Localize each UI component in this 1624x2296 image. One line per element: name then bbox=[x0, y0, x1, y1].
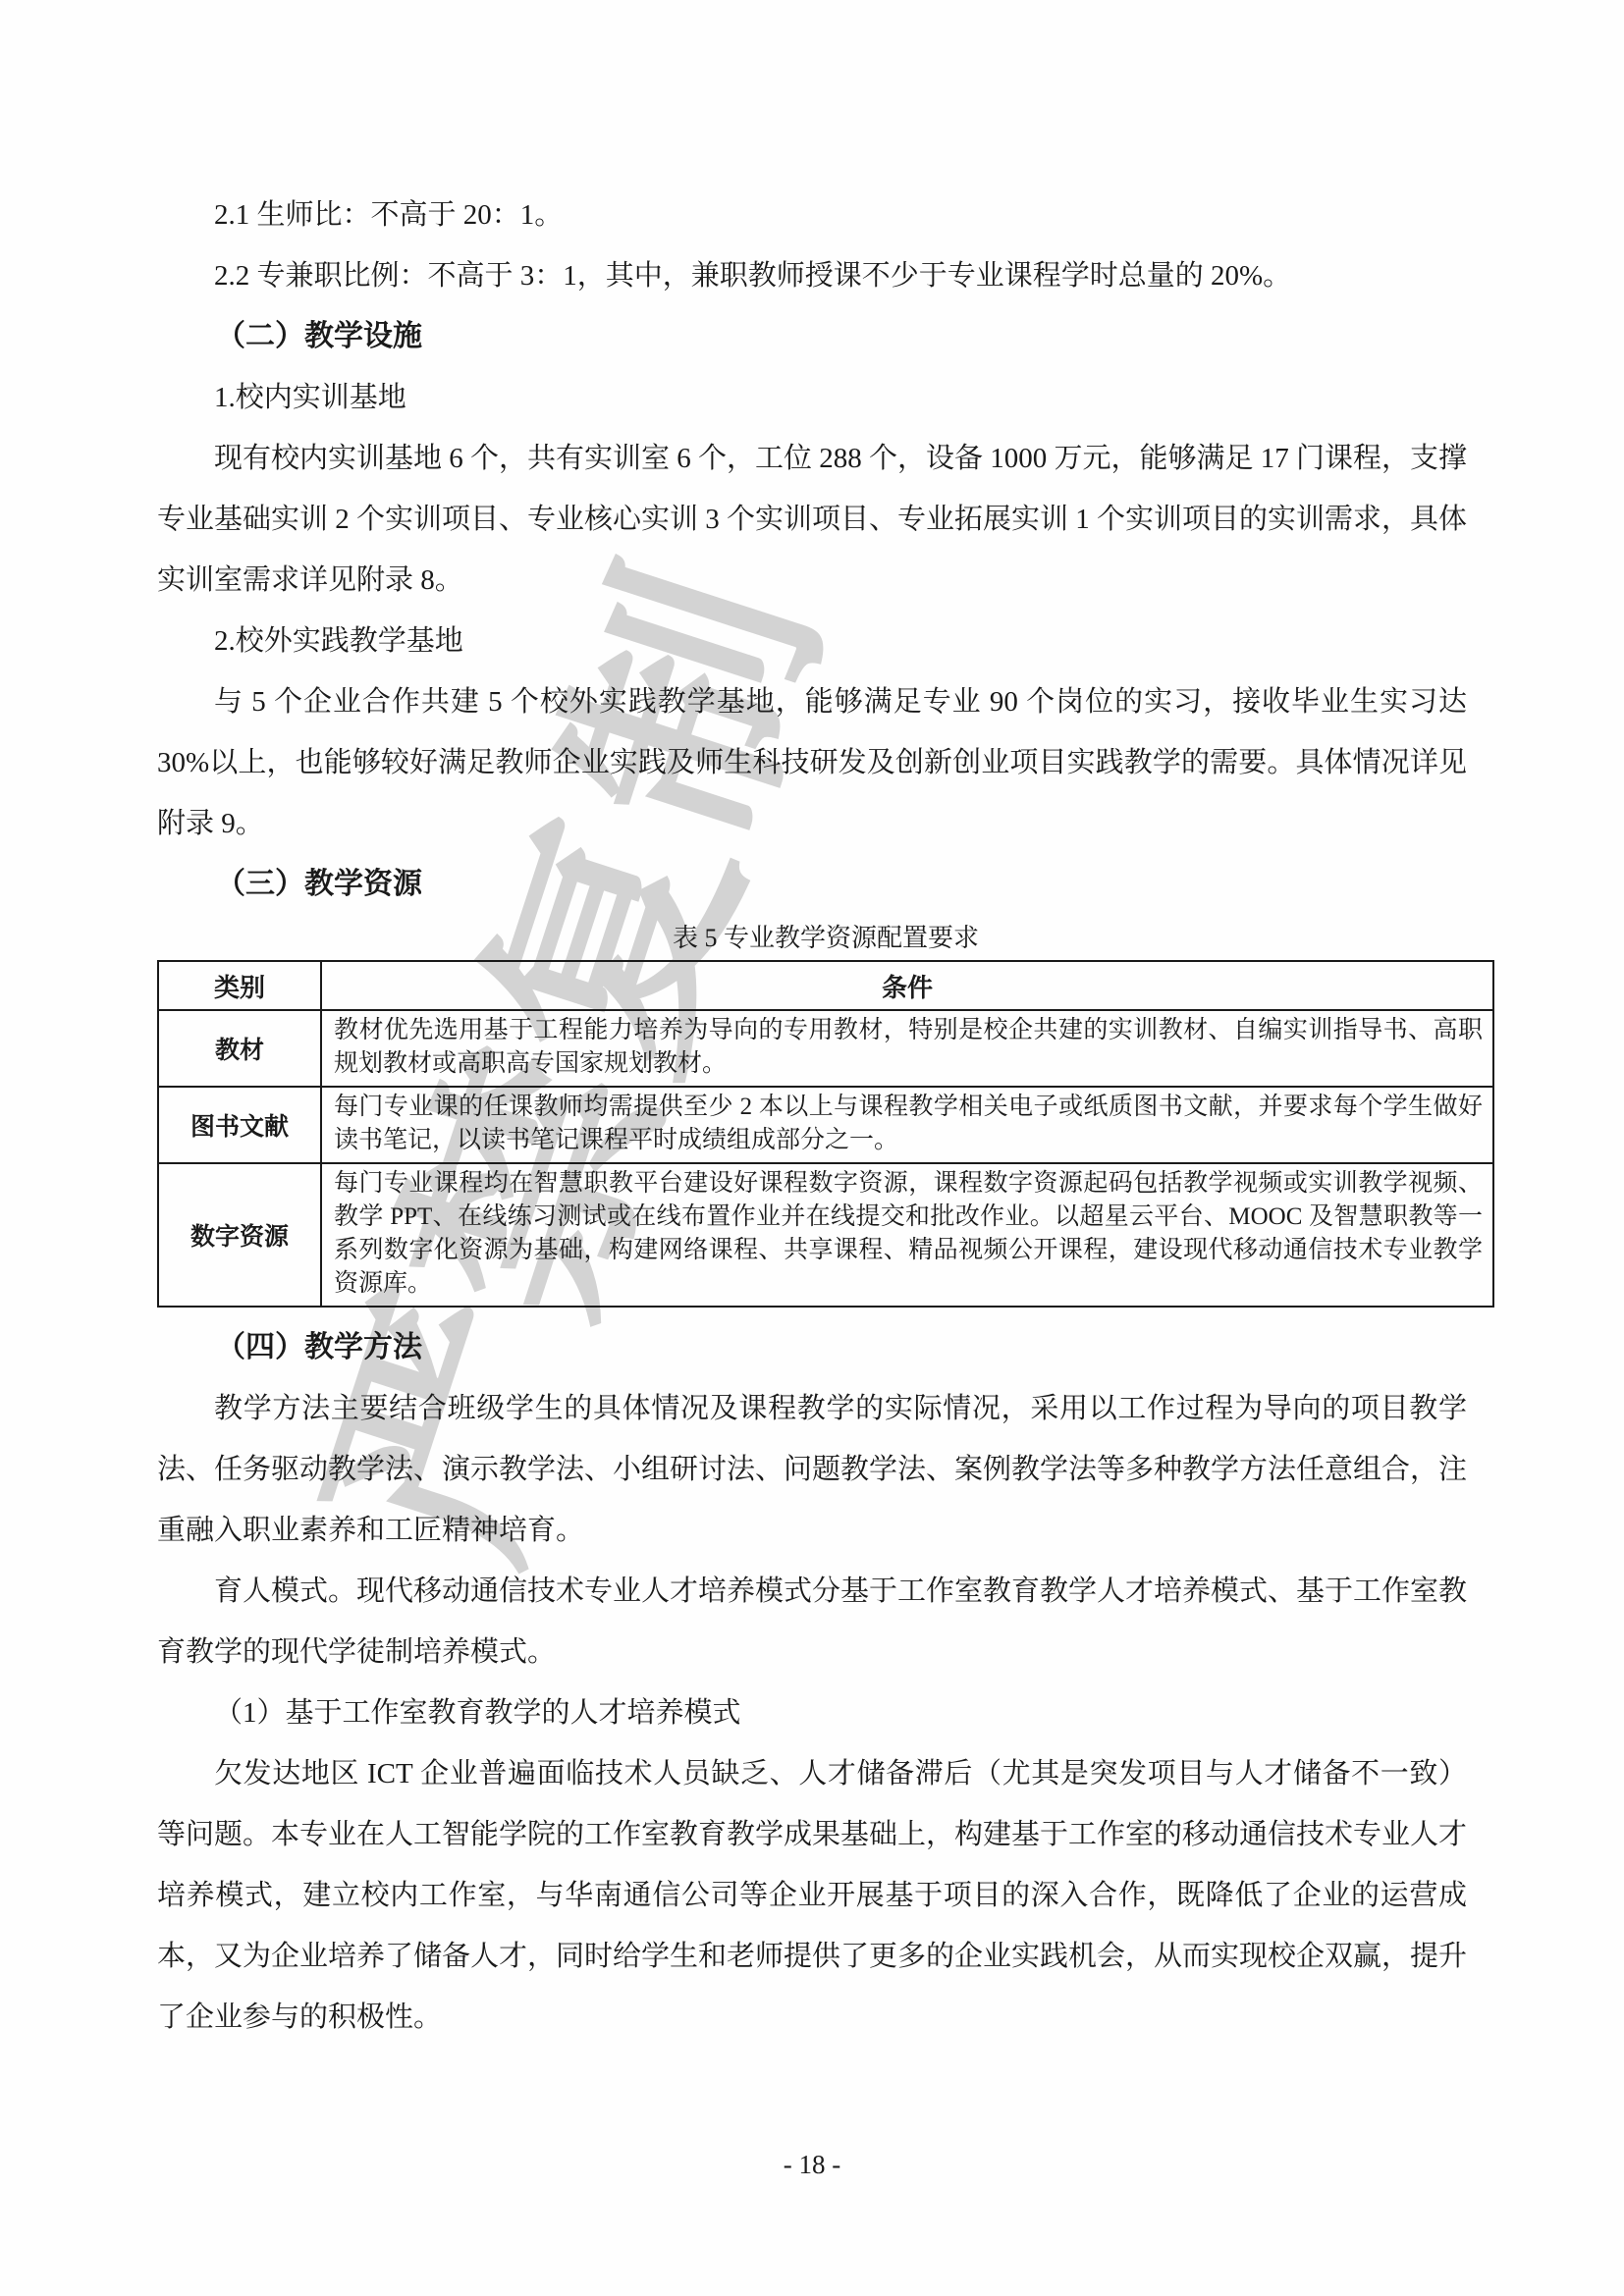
row-category-digital-resources: 数字资源 bbox=[158, 1163, 321, 1307]
row-category-textbook: 教材 bbox=[158, 1010, 321, 1087]
section-heading-teaching-methods: （四）教学方法 bbox=[157, 1317, 1467, 1378]
paragraph-offcampus-practice-detail: 与 5 个企业合作共建 5 个校外实践教学基地，能够满足专业 90 个岗位的实习… bbox=[157, 671, 1467, 854]
subheading-studio-based-model: （1）基于工作室教育教学的人才培养模式 bbox=[157, 1682, 1467, 1743]
paragraph-studio-model-detail: 欠发达地区 ICT 企业普遍面临技术人员缺乏、人才储备滞后（尤其是突发项目与人才… bbox=[157, 1743, 1467, 2048]
row-condition-textbook: 教材优先选用基于工程能力培养为导向的专用教材，特别是校企共建的实训教材、自编实训… bbox=[321, 1010, 1493, 1087]
paragraph-student-teacher-ratio: 2.1 生师比：不高于 20：1。 bbox=[157, 185, 1467, 245]
page-content: 2.1 生师比：不高于 20：1。 2.2 专兼职比例：不高于 3：1，其中，兼… bbox=[157, 185, 1467, 2048]
paragraph-campus-training-detail: 现有校内实训基地 6 个，共有实训室 6 个，工位 288 个，设备 1000 … bbox=[157, 428, 1467, 611]
section-heading-teaching-resources: （三）教学资源 bbox=[157, 854, 1467, 915]
row-condition-digital-resources: 每门专业课程均在智慧职教平台建设好课程数字资源，课程数字资源起码包括教学视频或实… bbox=[321, 1163, 1493, 1307]
table-header-condition: 条件 bbox=[321, 961, 1493, 1010]
paragraph-education-model: 育人模式。现代移动通信技术专业人才培养模式分基于工作室教育教学人才培养模式、基于… bbox=[157, 1561, 1467, 1682]
page-number: - 18 - bbox=[0, 2150, 1624, 2180]
table-row-literature: 图书文献 每门专业课的任课教师均需提供至少 2 本以上与课程教学相关电子或纸质图… bbox=[158, 1087, 1493, 1163]
teaching-resource-table: 类别 条件 教材 教材优先选用基于工程能力培养为导向的专用教材，特别是校企共建的… bbox=[157, 960, 1494, 1308]
table-caption: 表 5 专业教学资源配置要求 bbox=[157, 917, 1494, 960]
subheading-offcampus-practice-base: 2.校外实践教学基地 bbox=[157, 611, 1467, 671]
section-heading-teaching-facilities: （二）教学设施 bbox=[157, 306, 1467, 367]
row-category-literature: 图书文献 bbox=[158, 1087, 321, 1163]
paragraph-teaching-methods-detail: 教学方法主要结合班级学生的具体情况及课程教学的实际情况，采用以工作过程为导向的项… bbox=[157, 1378, 1467, 1561]
table-header-row: 类别 条件 bbox=[158, 961, 1493, 1010]
subheading-campus-training-base: 1.校内实训基地 bbox=[157, 367, 1467, 428]
table-row-textbook: 教材 教材优先选用基于工程能力培养为导向的专用教材，特别是校企共建的实训教材、自… bbox=[158, 1010, 1493, 1087]
row-condition-literature: 每门专业课的任课教师均需提供至少 2 本以上与课程教学相关电子或纸质图书文献，并… bbox=[321, 1087, 1493, 1163]
paragraph-parttime-ratio: 2.2 专兼职比例：不高于 3：1，其中，兼职教师授课不少于专业课程学时总量的 … bbox=[157, 245, 1467, 306]
document-page: 严禁复制 2.1 生师比：不高于 20：1。 2.2 专兼职比例：不高于 3：1… bbox=[0, 0, 1624, 2296]
table-row-digital-resources: 数字资源 每门专业课程均在智慧职教平台建设好课程数字资源，课程数字资源起码包括教… bbox=[158, 1163, 1493, 1307]
table-header-category: 类别 bbox=[158, 961, 321, 1010]
